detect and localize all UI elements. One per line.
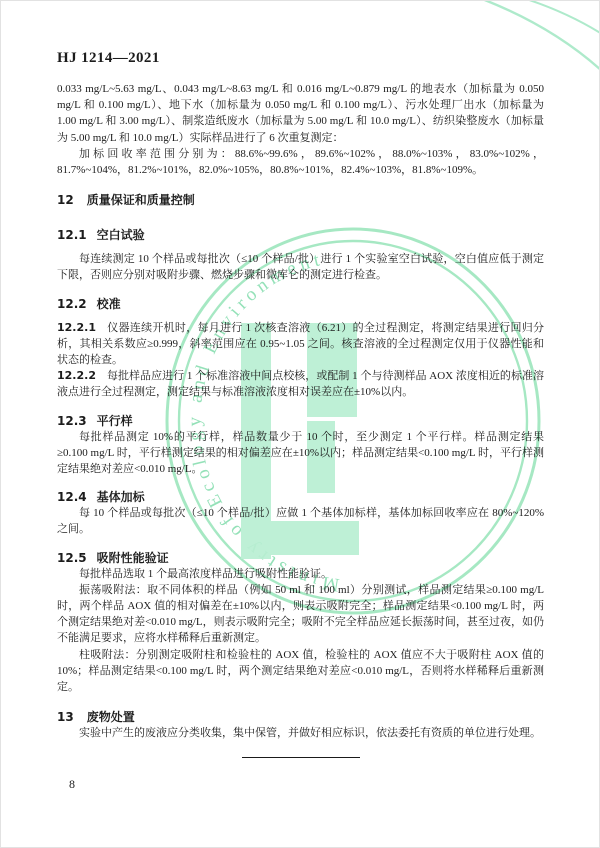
subsection-heading-12-4: 12.4基体加标: [57, 489, 544, 505]
clause-number: 12.2.1: [57, 321, 96, 334]
clause-12-2-1: 12.2.1仪器连续开机时，每月进行 1 次核查溶液（6.21）的全过程测定，将…: [57, 320, 544, 369]
subsection-number: 12.3: [57, 414, 87, 428]
subsection-title: 平行样: [97, 414, 133, 428]
subsection-heading-12-1: 12.1空白试验: [57, 227, 544, 243]
paragraph-column-adsorption: 柱吸附法：分别测定吸附柱和检验柱的 AOX 值，检验柱的 AOX 值应不大于吸附…: [57, 647, 544, 696]
subsection-number: 12.2: [57, 297, 87, 311]
page-content: HJ 1214—2021 0.033 mg/L~5.63 mg/L、0.043 …: [1, 1, 599, 758]
paragraph-shaking-adsorption: 振荡吸附法：取不同体积的样品（例如 50 ml 和 100 ml）分别测试，样品…: [57, 582, 544, 647]
section-title: 质量保证和质量控制: [87, 193, 195, 207]
subsection-title: 空白试验: [97, 228, 145, 242]
paragraph-duplicate-sample: 每批样品测定 10%的平行样，样品数量少于 10 个时，至少测定 1 个平行样。…: [57, 429, 544, 478]
paragraph-adsorption-intro: 每批样品选取 1 个最高浓度样品进行吸附性能验证。: [57, 566, 544, 582]
document-page: Ministry of Ecology and Environment HJ 1…: [0, 0, 600, 848]
subsection-title: 基体加标: [97, 490, 145, 504]
section-number: 13: [57, 710, 74, 724]
standard-number: HJ 1214—2021: [57, 49, 544, 67]
paragraph-waste-disposal: 实验中产生的废液应分类收集，集中保管，并做好相应标识，依法委托有资质的单位进行处…: [57, 725, 544, 741]
clause-number: 12.2.2: [57, 369, 96, 382]
section-heading-12: 12质量保证和质量控制: [57, 192, 544, 208]
clause-text: 仪器连续开机时，每月进行 1 次核查溶液（6.21）的全过程测定，将测定结果进行…: [57, 322, 544, 366]
page-number: 8: [69, 777, 75, 792]
section-heading-13: 13废物处置: [57, 709, 544, 725]
paragraph-matrix-spike: 每 10 个样品或每批次（≤10 个样品/批）应做 1 个基体加标样，基体加标回…: [57, 505, 544, 537]
subsection-heading-12-3: 12.3平行样: [57, 413, 544, 429]
subsection-heading-12-2: 12.2校准: [57, 296, 544, 312]
clause-12-2-2: 12.2.2每批样品应进行 1 个标准溶液中间点校核，或配制 1 个与待测样品 …: [57, 368, 544, 400]
end-of-text-rule: [242, 757, 360, 758]
paragraph-recovery-rates: 加标回收率范围分别为：88.6%~99.6%，89.6%~102%，88.0%~…: [57, 146, 544, 178]
subsection-number: 12.4: [57, 490, 87, 504]
subsection-title: 校准: [97, 297, 121, 311]
paragraph-continuation: 0.033 mg/L~5.63 mg/L、0.043 mg/L~8.63 mg/…: [57, 81, 544, 146]
section-title: 废物处置: [87, 710, 135, 724]
paragraph-blank-test: 每连续测定 10 个样品或每批次（≤10 个样品/批）进行 1 个实验室空白试验…: [57, 251, 544, 283]
subsection-title: 吸附性能验证: [97, 551, 169, 565]
subsection-number: 12.1: [57, 228, 87, 242]
section-number: 12: [57, 193, 74, 207]
subsection-number: 12.5: [57, 551, 87, 565]
clause-text: 每批样品应进行 1 个标准溶液中间点校核，或配制 1 个与待测样品 AOX 浓度…: [57, 370, 544, 398]
subsection-heading-12-5: 12.5吸附性能验证: [57, 550, 544, 566]
